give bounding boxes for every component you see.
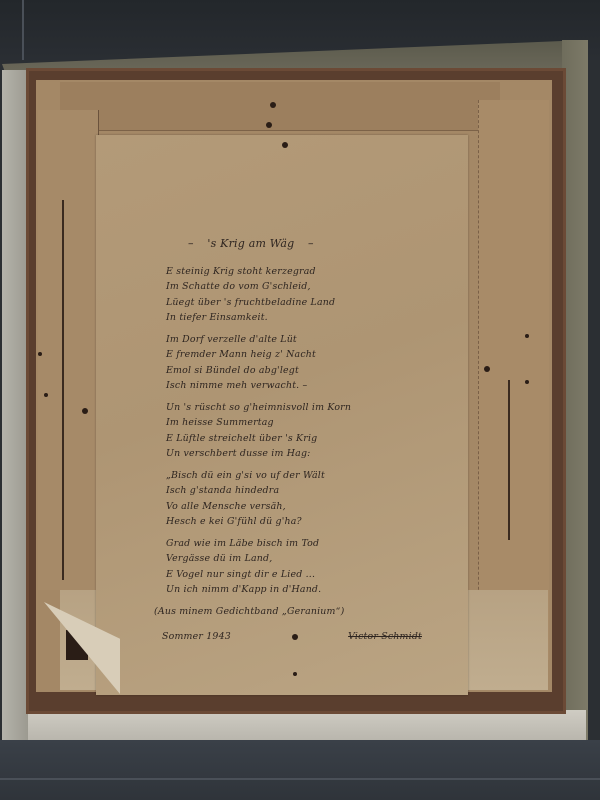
nail-hole <box>44 393 48 397</box>
nail-hole <box>270 102 276 108</box>
nail-hole <box>293 672 297 676</box>
nail-hole <box>38 352 42 356</box>
nail-hole <box>525 334 529 338</box>
poem-line: Un 's rüscht so g'heimnisvoll im Korn <box>166 400 460 416</box>
nail-hole <box>525 380 529 384</box>
poem-line: Im Dorf verzelle d'alte Lüt <box>166 332 460 348</box>
stanza-4: „Bisch dü ein g'si vo uf der Wält Isch g… <box>166 468 460 530</box>
handwritten-poem: – 's Krig am Wäg – E steinig Krig stoht … <box>150 236 460 645</box>
poem-line: In tiefer Einsamkeit. <box>166 310 460 326</box>
poem-line: E Vogel nur singt dir e Lied ... <box>166 567 460 583</box>
paper-crack-right <box>508 380 510 540</box>
poem-line: Emol si Bündel do abg'legt <box>166 363 460 379</box>
paper-tape-left <box>38 110 99 590</box>
poem-line: Im Schatte do vom G'schleid, <box>166 279 460 295</box>
stanza-5: Grad wie im Läbe bisch im Tod Vergässe d… <box>166 536 460 598</box>
stanza-1: E steinig Krig stoht kerzegrad Im Schatt… <box>166 264 460 326</box>
poem-line: „Bisch dü ein g'si vo uf der Wält <box>166 468 460 484</box>
floor-seam-horizontal <box>0 778 600 780</box>
poem-line: E Lüftle streichelt über 's Krig <box>166 431 460 447</box>
author-signature: Victor Schmidt <box>348 629 422 645</box>
paper-crack-left <box>62 200 64 580</box>
poem-source: (Aus minem Gedichtband „Geranium“) <box>154 604 460 620</box>
poem-line: E fremder Mann heig z' Nacht <box>166 347 460 363</box>
floor-background-bottom <box>0 740 600 800</box>
poem-footer: Sommer 1943 Victor Schmidt <box>162 629 422 645</box>
poem-line: Un verschbert dusse im Hag: <box>166 446 460 462</box>
poem-title: 's Krig am Wäg <box>207 237 294 250</box>
nail-hole <box>484 366 490 372</box>
poem-title-row: – 's Krig am Wäg – <box>178 236 460 252</box>
nail-hole <box>82 408 88 414</box>
frame-left-edge <box>2 70 28 740</box>
nail-hole <box>282 142 288 148</box>
poem-line: E steinig Krig stoht kerzegrad <box>166 264 460 280</box>
frame-bottom-edge <box>2 710 586 740</box>
poem-line: Un ich nimm d'Kapp in d'Hand. <box>166 582 460 598</box>
poem-line: Isch g'standa hindedra <box>166 483 460 499</box>
poem-line: Hesch e kei G'fühl dü g'ha? <box>166 514 460 530</box>
paper-tape-right <box>478 100 549 660</box>
paper-tape-top <box>60 82 500 131</box>
poem-line: Lüegt über 's fruchtbeladine Land <box>166 295 460 311</box>
title-dash-right: – <box>308 236 314 252</box>
poem-line: Isch nimme meh verwacht. – <box>166 378 460 394</box>
stanza-3: Un 's rüscht so g'heimnisvoll im Korn Im… <box>166 400 460 462</box>
poem-line: Vo alle Mensche versäh, <box>166 499 460 515</box>
poem-line: Grad wie im Läbe bisch im Tod <box>166 536 460 552</box>
title-dash-left: – <box>188 236 194 252</box>
poem-line: Im heisse Summertag <box>166 415 460 431</box>
floor-seam-vertical <box>22 0 24 60</box>
stanza-2: Im Dorf verzelle d'alte Lüt E fremder Ma… <box>166 332 460 394</box>
poem-line: Vergässe dü im Land, <box>166 551 460 567</box>
poem-date: Sommer 1943 <box>162 629 231 645</box>
nail-hole <box>266 122 272 128</box>
